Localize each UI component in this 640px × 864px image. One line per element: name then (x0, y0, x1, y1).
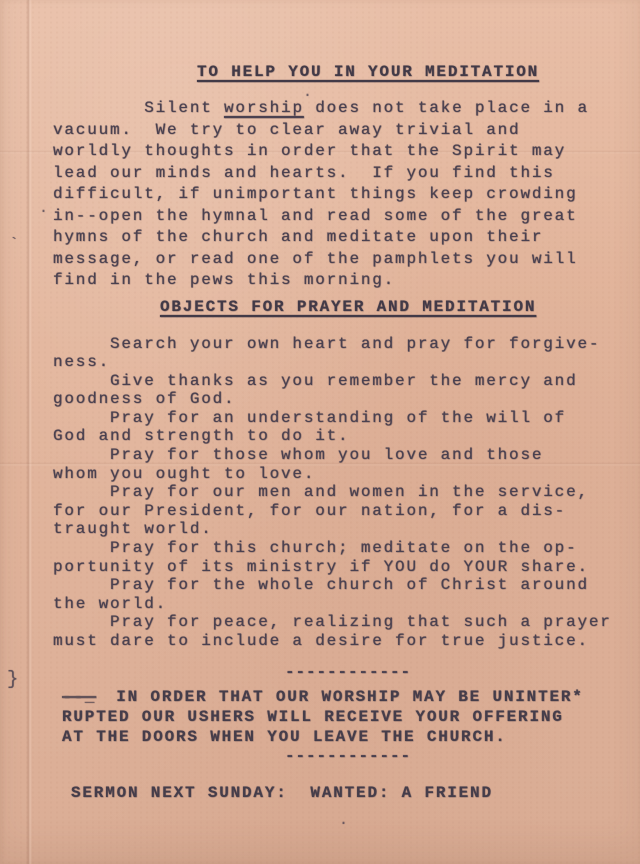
section-heading-meditation: TO HELP YOU IN YOUR MEDITATION (197, 62, 618, 82)
text-line: Search your own heart and pray for forgi… (53, 335, 618, 354)
text-line: in--open the hymnal and read some of the… (53, 206, 618, 228)
text-line: Pray for our men and women in the servic… (53, 483, 618, 502)
text-line: Pray for the whole church of Christ arou… (53, 576, 618, 595)
text-line: difficult, if unimportant things keep cr… (53, 184, 618, 206)
vertical-fold-crease (26, 0, 32, 864)
text-line: whom you ought to love. (53, 465, 618, 484)
text-line: Pray for an understanding of the will of (53, 409, 618, 428)
offering-notice: --_IN ORDER THAT OUR WORSHIP MAY BE UNIN… (62, 687, 618, 747)
scanned-bulletin-page: TO HELP YOU IN YOUR MEDITATION Silent wo… (0, 0, 640, 864)
text-line: God and strength to do it. (53, 427, 618, 446)
ink-artifact: . (303, 84, 312, 101)
text-line: Pray for those whom you love and those (53, 446, 618, 465)
text-line: traught world. (53, 520, 618, 539)
text-segment: IN ORDER THAT OUR WORSHIP MAY BE UNINTER… (116, 688, 583, 706)
text-line: lead our minds and hearts. If you find t… (53, 163, 618, 185)
text-line: the world. (53, 595, 618, 614)
dashed-divider: ------------ (285, 747, 618, 766)
text-line: hymns of the church and meditate upon th… (53, 227, 618, 249)
typewritten-text-column: TO HELP YOU IN YOUR MEDITATION Silent wo… (53, 62, 618, 802)
text-line: Pray for peace, realizing that such a pr… (53, 613, 618, 632)
text-line: --_IN ORDER THAT OUR WORSHIP MAY BE UNIN… (62, 687, 618, 707)
text-line: find in the pews this morning. (53, 270, 618, 292)
prayer-list: Search your own heart and pray for forgi… (53, 335, 618, 651)
heading-underlined-text: OBJECTS FOR PRAYER AND MEDITATION (160, 298, 536, 316)
text-line: AT THE DOORS WHEN YOU LEAVE THE CHURCH. (62, 727, 618, 747)
text-segment: Silent (53, 99, 224, 117)
text-line: portunity of its ministry if YOU do YOUR… (53, 558, 618, 577)
ink-artifact: . (39, 200, 48, 217)
ink-artifact: ` (9, 236, 19, 255)
ink-artifact: . (339, 812, 348, 829)
text-line: message, or read one of the pamphlets yo… (53, 249, 618, 271)
dashed-divider: ------------ (285, 663, 618, 682)
text-line: Give thanks as you remember the mercy an… (53, 372, 618, 391)
text-line: must dare to include a desire for true j… (53, 632, 618, 651)
text-line: RUPTED OUR USHERS WILL RECEIVE YOUR OFFE… (62, 707, 618, 727)
intro-paragraph: Silent worship does not take place in a … (53, 98, 618, 292)
text-line: goodness of God. (53, 390, 618, 409)
underlined-word-worship: worship (224, 99, 304, 117)
ink-artifact: } (7, 668, 18, 690)
typed-over-strikeout: --_ (62, 688, 96, 706)
text-line: ness. (53, 353, 618, 372)
heading-underlined-text: TO HELP YOU IN YOUR MEDITATION (197, 63, 539, 81)
text-line: vacuum. We try to clear away trivial and (53, 120, 618, 142)
text-segment: does not take place in a (304, 99, 589, 117)
text-line: for our President, for our nation, for a… (53, 502, 618, 521)
text-line: worldly thoughts in order that the Spiri… (53, 141, 618, 163)
text-line: Silent worship does not take place in a (53, 98, 618, 120)
section-heading-prayer-objects: OBJECTS FOR PRAYER AND MEDITATION (160, 297, 618, 317)
sermon-announcement: SERMON NEXT SUNDAY: WANTED: A FRIEND (71, 784, 618, 802)
text-line: Pray for this church; meditate on the op… (53, 539, 618, 558)
